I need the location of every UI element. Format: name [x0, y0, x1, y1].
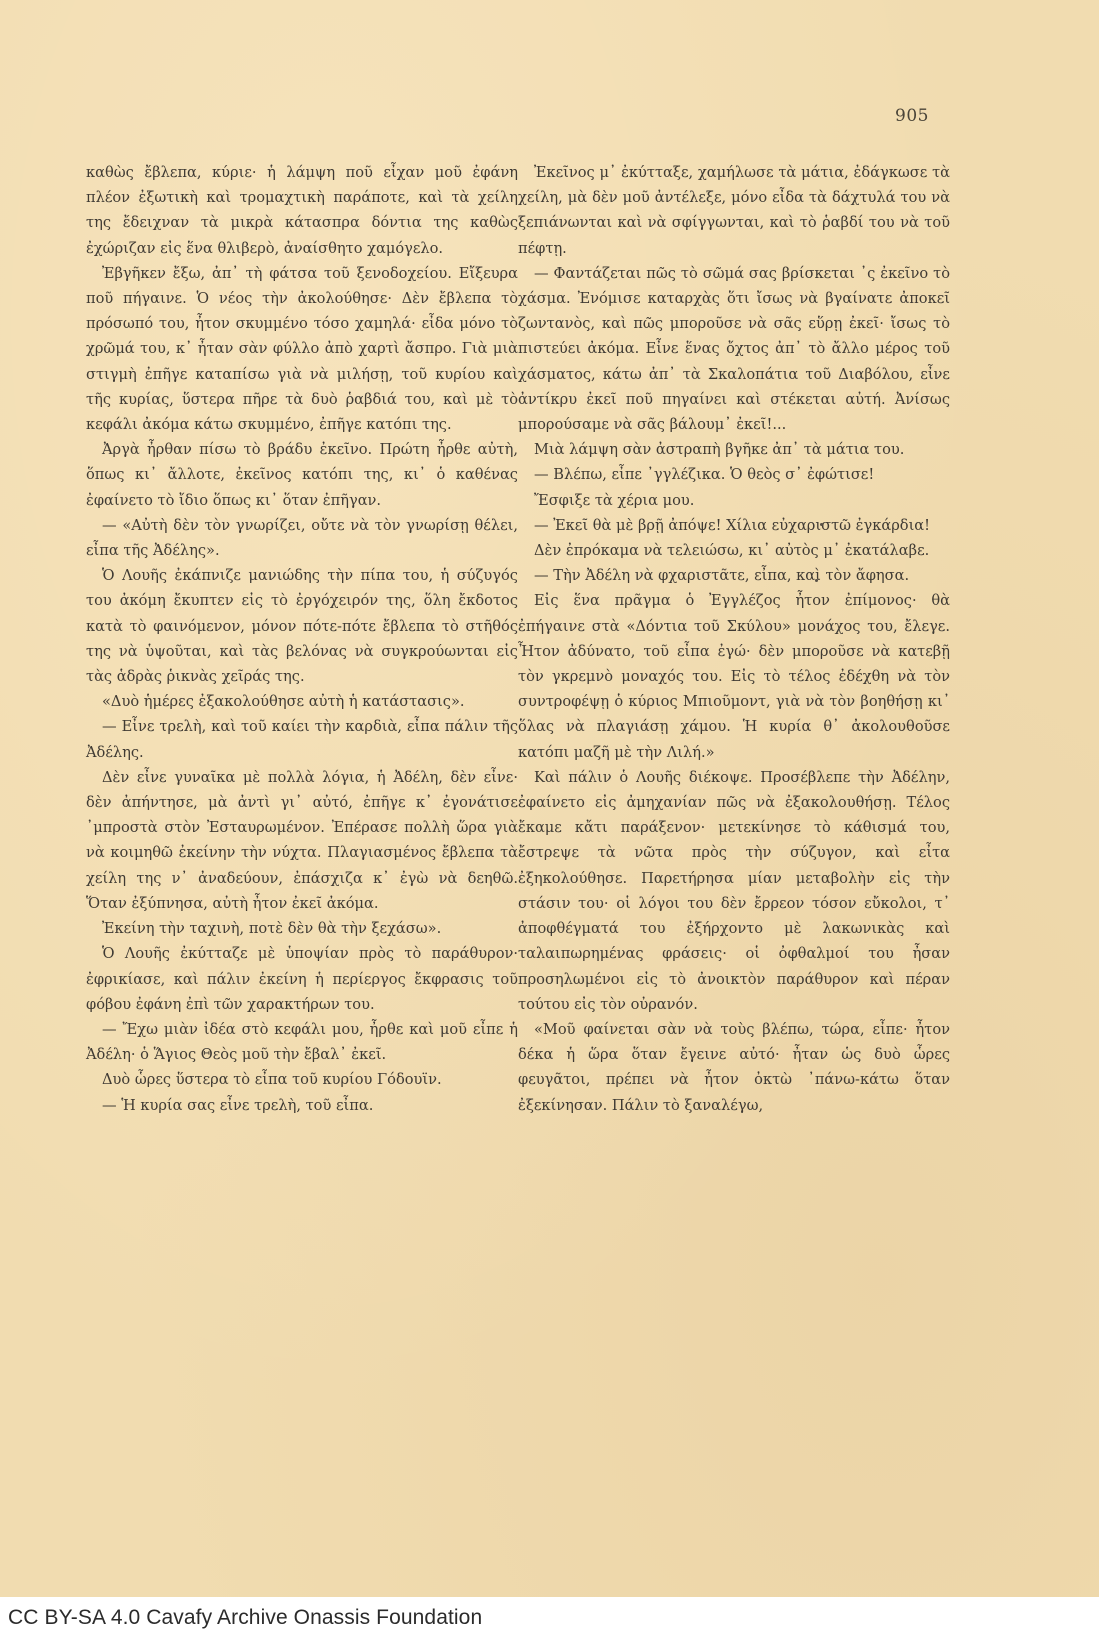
paragraph: καθὼς ἔβλεπα, κύριε· ἡ λάμψη ποῦ εἶχαν μ…: [86, 160, 518, 261]
right-column: Ἐκεῖνος μ᾿ ἐκύτταξε, χαμήλωσε τὰ μάτια, …: [518, 160, 950, 1118]
paragraph: Δὲν εἶνε γυναῖκα μὲ πολλὰ λόγια, ἡ Ἀδέλη…: [86, 765, 518, 916]
paragraph: — Τὴν Ἀδέλη νὰ φχαριστᾶτε, εἶπα, καὶ τὸν…: [518, 563, 950, 588]
paragraph: Μιὰ λάμψη σὰν ἀστραπὴ βγῆκε ἀπ᾿ τὰ μάτια…: [518, 437, 950, 462]
page-number: 905: [895, 106, 929, 126]
left-column: καθὼς ἔβλεπα, κύριε· ἡ λάμψη ποῦ εἶχαν μ…: [86, 160, 518, 1118]
paragraph: Καὶ πάλιν ὁ Λουῆς διέκοψε. Προσέβλεπε τὴ…: [518, 765, 950, 1017]
license-credit: CC BY-SA 4.0 Cavafy Archive Onassis Foun…: [8, 1606, 482, 1630]
paragraph: Ἀργὰ ἦρθαν πίσω τὸ βράδυ ἐκεῖνο. Πρώτη ἦ…: [86, 437, 518, 513]
paragraph: Ἔσφιξε τὰ χέρια μου.: [518, 488, 950, 513]
paragraph: «Δυὸ ἡμέρες ἐξακολούθησε αὐτὴ ἡ κατάστασ…: [86, 689, 518, 714]
scanned-page: 905 καθὼς ἔβλεπα, κύριε· ἡ λάμψη ποῦ εἶχ…: [0, 0, 1099, 1597]
paragraph: Εἰς ἕνα πρᾶγμα ὁ Ἐγγλέζος ἦτον ἐπίμονος·…: [518, 588, 950, 764]
paragraph: Ὁ Λουῆς ἐκάπνιζε μανιώδης τὴν πίπα του, …: [86, 563, 518, 689]
paragraph: — Ἐκεῖ θὰ μὲ βρῇ ἀπόψε! Χίλια εὐχαριστῶ …: [518, 513, 950, 538]
paper-speck: [820, 523, 823, 526]
paragraph: — Ἡ κυρία σας εἶνε τρελὴ, τοῦ εἶπα.: [86, 1093, 518, 1118]
paper-speck: [815, 579, 818, 582]
paragraph: Ἐκείνη τὴν ταχινὴ, ποτὲ δὲν θὰ τὴν ξεχάσ…: [86, 916, 518, 941]
paragraph: Δὲν ἐπρόκαμα νὰ τελειώσω, κι᾿ αὐτὸς μ᾿ ἐ…: [518, 538, 950, 563]
credit-bar: CC BY-SA 4.0 Cavafy Archive Onassis Foun…: [0, 1597, 1099, 1645]
paragraph: Ἐκεῖνος μ᾿ ἐκύτταξε, χαμήλωσε τὰ μάτια, …: [518, 160, 950, 261]
paragraph: — «Αὐτὴ δὲν τὸν γνωρίζει, οὔτε νὰ τὸν γν…: [86, 513, 518, 563]
paragraph: Δυὸ ὧρες ὕστερα τὸ εἶπα τοῦ κυρίου Γόδου…: [86, 1067, 518, 1092]
paragraph: — Εἶνε τρελὴ, καὶ τοῦ καίει τὴν καρδιὰ, …: [86, 714, 518, 764]
paragraph: «Μοῦ φαίνεται σὰν νὰ τοὺς βλέπω, τώρα, ε…: [518, 1017, 950, 1118]
paragraph: — Βλέπω, εἶπε ᾿γγλέζικα. Ὁ θεὸς σ᾿ ἐφώτι…: [518, 462, 950, 487]
paragraph: — Φαντάζεται πῶς τὸ σῶμά σας βρίσκεται ᾿…: [518, 261, 950, 437]
paragraph: Ὁ Λουῆς ἐκύτταζε μὲ ὑποψίαν πρὸς τὸ παρά…: [86, 941, 518, 1017]
paragraph: Ἐβγῆκεν ἔξω, ἀπ᾿ τὴ φάτσα τοῦ ξενοδοχείο…: [86, 261, 518, 437]
paragraph: — Ἔχω μιὰν ἰδέα στὸ κεφάλι μου, ἦρθε καὶ…: [86, 1017, 518, 1067]
